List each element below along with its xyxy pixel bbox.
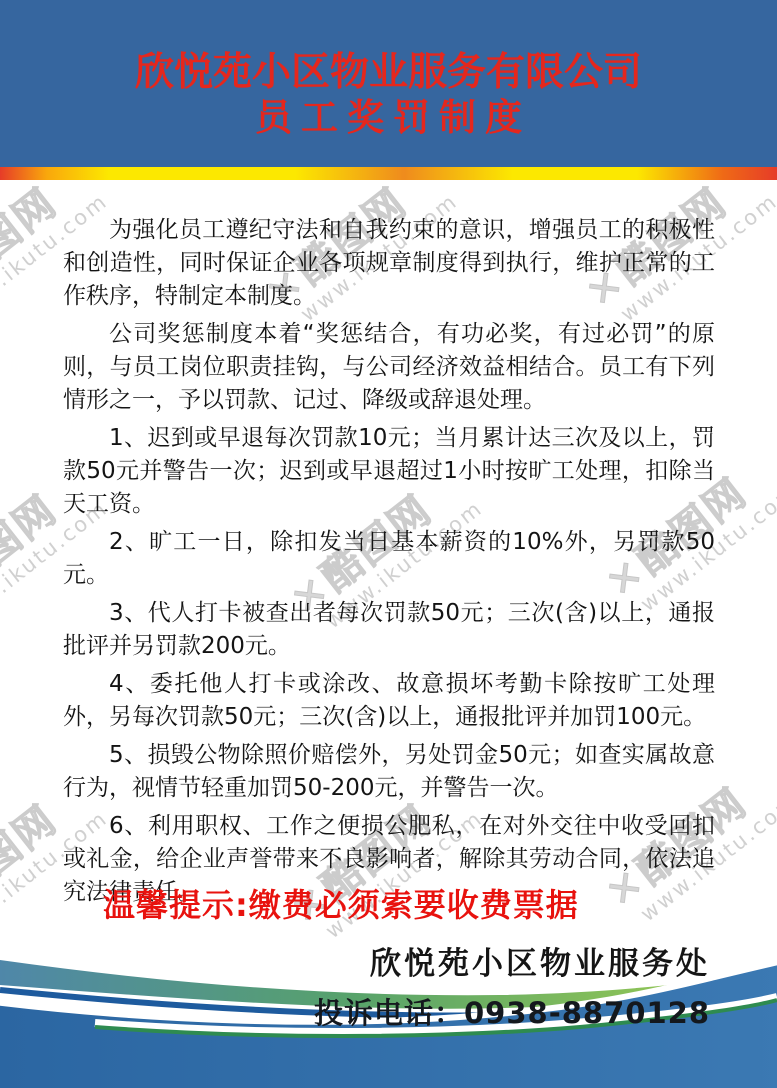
- policy-content: 为强化员工遵纪守法和自我约束的意识，增强员工的积极性和创造性，同时保证企业各项规…: [63, 214, 715, 914]
- policy-item-4: 4、委托他人打卡或涂改、故意损坏考勤卡除按旷工处理外，另每次罚款50元；三次(含…: [63, 668, 715, 734]
- watermark-site-name: 酷图网: [0, 487, 66, 601]
- poster: 欣悦苑小区物业服务有限公司 员工奖罚制度 ✕酷图网 www.ikutu.com …: [0, 0, 777, 1088]
- watermark-site-name: 酷图网: [0, 180, 66, 294]
- complaint-phone: 投诉电话：0938-8870128: [314, 996, 710, 1030]
- doc-title: 员工奖罚制度: [0, 95, 777, 141]
- signature-name: 欣悦苑小区物业服务处: [314, 946, 710, 982]
- watermark-site-name: 酷图网: [0, 797, 66, 911]
- policy-item-3: 3、代人打卡被查出者每次罚款50元；三次(含)以上，通报批评并另罚款200元。: [63, 597, 715, 663]
- policy-item-2: 2、旷工一日，除扣发当日基本薪资的10%外，另罚款50元。: [63, 526, 715, 592]
- notice-banner: 温馨提示:缴费必须索要收费票据: [103, 880, 579, 926]
- policy-intro: 为强化员工遵纪守法和自我约束的意识，增强员工的积极性和创造性，同时保证企业各项规…: [63, 214, 715, 313]
- company-title: 欣悦苑小区物业服务有限公司: [0, 0, 777, 95]
- divider-stripe: [0, 167, 777, 180]
- policy-principle: 公司奖惩制度本着“奖惩结合，有功必奖，有过必罚”的原则，与员工岗位职责挂钩，与公…: [63, 318, 715, 417]
- header-banner: 欣悦苑小区物业服务有限公司 员工奖罚制度: [0, 0, 777, 167]
- policy-item-5: 5、损毁公物除照价赔偿外，另处罚金50元；如查实属故意行为，视情节轻重加罚50-…: [63, 739, 715, 805]
- signature-block: 欣悦苑小区物业服务处 投诉电话：0938-8870128: [314, 946, 710, 1030]
- policy-item-1: 1、迟到或早退每次罚款10元；当月累计达三次及以上，罚款50元并警告一次；迟到或…: [63, 422, 715, 521]
